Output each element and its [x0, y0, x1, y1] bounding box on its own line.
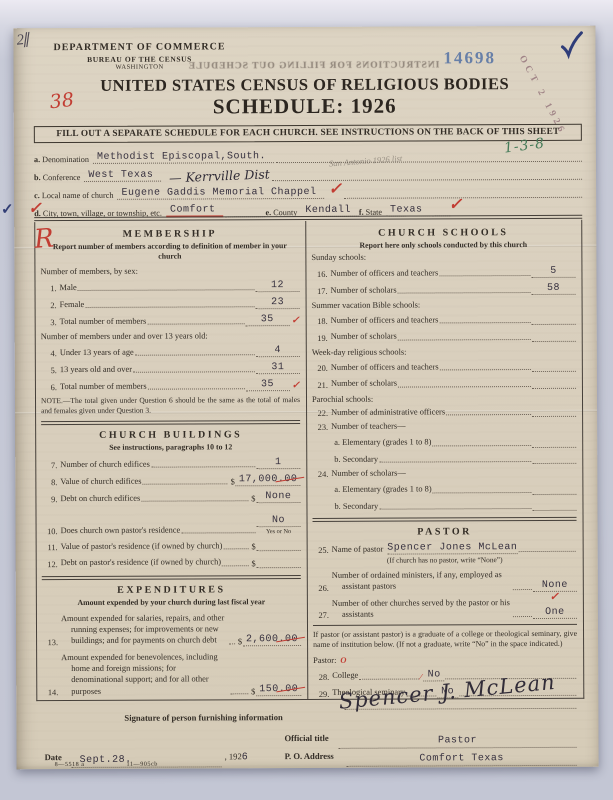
official-title-line: Pastor	[338, 729, 576, 749]
group-label: Summer vacation Bible schools:	[312, 300, 576, 310]
question-row-22: 22. Number of administrative officers	[312, 405, 576, 417]
question-value: 17,000.00	[236, 474, 301, 486]
dotted-leader	[439, 322, 530, 323]
question-row-24b: b. Secondary	[334, 499, 576, 511]
dotted-leader	[440, 369, 531, 370]
question-number: 8.	[41, 478, 57, 487]
red-checkmark-icon: ✓	[291, 315, 299, 326]
question-label: 13 years old and over	[60, 364, 132, 376]
question-number: 11.	[42, 543, 58, 552]
question-row-3: 3. Total number of members 35 ✓	[41, 314, 300, 327]
question-number: 7.	[41, 461, 57, 470]
red-circle-mark: O	[340, 655, 346, 664]
question-number: 20.	[312, 364, 328, 373]
dotted-leader	[398, 339, 531, 341]
dotted-leader	[433, 492, 532, 493]
conference-value: West Texas	[84, 170, 161, 182]
question-number: 22.	[312, 409, 328, 418]
question-number: 1.	[41, 284, 57, 293]
question-value-blank	[532, 493, 576, 494]
po-address-label: P. O. Address	[285, 751, 334, 761]
question-row-23: 23. Number of teachers—	[312, 420, 576, 432]
po-address-line: Comfort Texas	[347, 747, 577, 767]
dotted-leader	[151, 466, 255, 467]
dotted-leader	[147, 324, 244, 325]
instruction-banner: FILL OUT A SEPARATE SCHEDULE FOR EACH CH…	[34, 124, 582, 143]
struck-cents: .00	[279, 634, 299, 645]
question-label: Amount expended for benevolences, includ…	[61, 651, 229, 697]
value-with-hint: No Yes or No	[257, 515, 301, 535]
sub-question-label: a. Elementary (grades 1 to 8)	[334, 484, 431, 496]
print-code-2: 11—905cb	[127, 761, 158, 768]
question-row-12: 12. Debt on pastor's residence (if owned…	[42, 556, 301, 568]
question-number: 16.	[311, 270, 327, 279]
question-number: 27.	[313, 611, 329, 620]
question-label: Value of pastor's residence (if owned by…	[61, 540, 223, 552]
red-checkmark-icon: ✓	[328, 179, 341, 199]
question-row-5: 5. 13 years old and over 31	[41, 362, 300, 375]
question-value-blank	[257, 550, 301, 551]
schedule-year-title: SCHEDULE: 1926	[14, 93, 596, 121]
question-label: Number of scholars	[331, 284, 397, 296]
field-label: c. Local name of church	[34, 191, 113, 200]
question-value: One	[533, 607, 577, 619]
dotted-leader	[143, 483, 228, 484]
question-value-blank	[532, 510, 576, 511]
question-value-blank	[532, 324, 576, 325]
question-row-1: 1. Male 12	[40, 280, 299, 293]
dotted-leader	[518, 551, 575, 552]
question-label: Male	[59, 282, 76, 293]
question-number: 19.	[312, 334, 328, 343]
struck-cents: .00	[278, 474, 298, 485]
dollar-sign: $	[238, 637, 242, 646]
question-row-14: 14. Amount expended for benevolences, in…	[42, 651, 301, 698]
question-value: 150.00	[256, 684, 301, 696]
question-label: Name of pastor	[332, 543, 384, 555]
margin-checkmark-icon: ✓	[1, 200, 14, 219]
identification-fields: a. Denomination Methodist Episcopal,Sout…	[34, 144, 582, 218]
question-number: 23.	[312, 423, 328, 432]
question-value: None	[256, 491, 300, 503]
question-number: 18.	[312, 317, 328, 326]
question-label: Number of administrative officers	[331, 406, 445, 418]
dotted-leader	[446, 414, 531, 415]
reverse-side-bleedthrough-heading: INSTRUCTIONS FOR FILLING OUT SCHEDULE	[164, 60, 464, 71]
church-name-value: Eugene Gaddis Memorial Chappel	[117, 187, 324, 200]
review-checkmark-icon	[558, 30, 584, 60]
question-number: 25.	[313, 546, 329, 555]
dotted-leader	[141, 500, 248, 501]
question-value: 35	[246, 379, 290, 391]
question-value-blank	[532, 371, 576, 372]
question-row-4: 4. Under 13 years of age 4	[41, 345, 300, 358]
question-row-23a: a. Elementary (grades 1 to 8)	[334, 436, 576, 448]
question-number: 2.	[41, 301, 57, 310]
field-label: a. Denomination	[34, 155, 89, 164]
membership-note: NOTE.—The total given under Question 6 s…	[41, 395, 300, 416]
dotted-leader	[133, 371, 255, 373]
signature-label: Signature of person furnishing informati…	[124, 712, 282, 723]
question-row-16: 16. Number of officers and teachers 5	[311, 266, 575, 279]
question-row-26: 26. Number of ordained ministers, if any…	[313, 569, 577, 593]
dotted-leader	[85, 306, 254, 308]
question-value: 4	[256, 345, 300, 357]
print-code-1: 8—5518 a	[55, 761, 85, 768]
field-denomination-row: a. Denomination Methodist Episcopal,Sout…	[34, 144, 582, 164]
question-row-19: 19. Number of scholars	[312, 330, 576, 342]
denomination-value: Methodist Episcopal,South.	[93, 151, 274, 164]
dotted-leader	[398, 292, 531, 294]
dotted-leader	[432, 445, 531, 446]
dotted-leader	[223, 548, 248, 549]
question-label: Amount expended for salaries, repairs, a…	[61, 612, 228, 647]
corner-tally-mark: 2∥	[15, 30, 28, 50]
question-row-17: 17. Number of scholars 58	[312, 283, 576, 296]
red-checkmark-icon: ✓	[449, 194, 462, 214]
question-number: 24.	[312, 470, 328, 479]
question-label: Number of officers and teachers	[331, 315, 439, 327]
question-value: No	[257, 515, 301, 527]
group-label: Sunday schools:	[311, 252, 575, 262]
question-value-blank	[257, 567, 301, 568]
question-row-7: 7. Number of church edifices 1	[41, 457, 300, 470]
red-checkmark-icon: ✓	[28, 198, 41, 218]
red-slash-mark: ∕	[420, 672, 421, 681]
scanned-census-schedule: ✓ 2∥ DEPARTMENT OF COMMERCE BUREAU OF TH…	[0, 0, 613, 800]
question-label: Number of ordained ministers, if any, em…	[332, 569, 512, 592]
pastor-name-hint: (If church has no pastor, write “None”)	[313, 555, 577, 565]
question-label: Number of other churches served by the p…	[332, 597, 512, 620]
question-number: 5.	[41, 366, 57, 375]
po-address-value: Comfort Texas	[419, 753, 504, 764]
department-name: DEPARTMENT OF COMMERCE	[53, 41, 225, 54]
date-year-preprint: , 1926	[225, 751, 249, 763]
question-number: 21.	[312, 380, 328, 389]
question-number: 17.	[312, 287, 328, 296]
official-title-label: Official title	[284, 733, 328, 743]
question-label: Number of scholars	[331, 331, 397, 343]
struck-cents: .00	[279, 684, 299, 695]
group-label: Number of members, by sex:	[40, 266, 299, 276]
question-number: 12.	[42, 560, 58, 569]
question-row-27: 27. Number of other churches served by t…	[313, 596, 577, 620]
question-row-8: 8. Value of church edifices $ 17,000.00	[41, 474, 300, 487]
paper-sheet: 2∥ DEPARTMENT OF COMMERCE BUREAU OF THE …	[13, 26, 598, 770]
question-row-24a: a. Elementary (grades 1 to 8)	[334, 483, 576, 495]
question-row-20: 20. Number of officers and teachers	[312, 361, 576, 373]
expenditures-heading: EXPENDITURES	[42, 584, 301, 596]
question-row-11: 11. Value of pastor's residence (if owne…	[42, 540, 301, 552]
dotted-leader	[439, 275, 530, 276]
sub-question-label: b. Secondary	[334, 453, 378, 465]
schools-heading: CHURCH SCHOOLS	[311, 227, 575, 239]
question-row-6: 6. Total number of members 35 ✓	[41, 379, 300, 392]
question-label: Total number of members	[60, 316, 147, 328]
section-divider-rule	[41, 420, 300, 425]
dollar-sign: $	[252, 559, 256, 568]
question-row-10: 10. Does church own pastor's residence N…	[42, 515, 301, 536]
question-label: Number of scholars	[331, 378, 397, 390]
question-value-blank	[532, 341, 576, 342]
form-print-codes: 8—5518 a11—905cb	[55, 760, 200, 768]
dotted-leader	[135, 354, 255, 356]
dotted-leader	[513, 616, 532, 617]
question-value: 31	[256, 362, 300, 374]
question-value-blank	[532, 463, 576, 464]
question-number: 14.	[42, 688, 58, 697]
dotted-leader	[513, 589, 532, 590]
question-number: 9.	[41, 495, 57, 504]
question-value: 58	[532, 283, 576, 295]
dotted-leader	[222, 565, 248, 566]
question-value: 2,600.00	[243, 634, 301, 646]
question-number: 4.	[41, 349, 57, 358]
question-number: 10.	[42, 527, 58, 536]
question-number: 13.	[42, 638, 58, 647]
question-value: 1	[256, 457, 300, 469]
question-row-25: 25. Name of pastor Spencer Jones McLean	[313, 542, 577, 555]
official-title-value: Pastor	[438, 735, 477, 746]
schools-subheading: Report here only schools conducted by th…	[311, 240, 575, 251]
question-value: 23	[256, 297, 300, 309]
question-row-24: 24. Number of scholars—	[312, 467, 576, 479]
dollar-sign: $	[251, 687, 255, 696]
question-label: Number of officers and teachers	[331, 361, 439, 373]
question-label: Value of church edifices	[60, 475, 141, 487]
question-row-23b: b. Secondary	[334, 452, 576, 464]
question-number: 3.	[41, 318, 57, 327]
dotted-leader	[379, 508, 531, 510]
right-column: CHURCH SCHOOLS Report here only schools …	[305, 220, 583, 699]
pastor-sublabel: Pastor:O	[313, 654, 577, 664]
dollar-sign: $	[251, 542, 255, 551]
question-label: Number of church edifices	[60, 458, 150, 470]
dotted-leader	[181, 532, 255, 533]
question-value-blank	[532, 387, 576, 388]
field-conference-row: b. Conference West Texas — Kerrville Dis…	[34, 162, 582, 182]
red-checkmark-icon: ✓	[292, 380, 300, 391]
membership-subheading: Report number of members according to de…	[40, 241, 299, 262]
question-label: Number of teachers—	[331, 420, 405, 432]
field-church-name-row: c. Local name of church Eugene Gaddis Me…	[34, 180, 582, 200]
buildings-heading: CHURCH BUILDINGS	[41, 429, 300, 441]
question-row-18: 18. Number of officers and teachers	[312, 314, 576, 326]
question-label: Total number of members	[60, 381, 147, 393]
question-label: Number of officers and teachers	[330, 267, 438, 279]
question-number: 29.	[313, 689, 329, 698]
form-body: MEMBERSHIP Report number of members acco…	[34, 220, 584, 701]
question-number: 26.	[313, 583, 329, 592]
field-label: b. Conference	[34, 173, 80, 182]
question-row-2: 2. Female 23	[41, 297, 300, 310]
sub-question-label: a. Elementary (grades 1 to 8)	[334, 437, 431, 449]
question-value-blank	[532, 416, 576, 417]
question-label: College	[332, 670, 358, 681]
question-row-13: 13. Amount expended for salaries, repair…	[42, 612, 301, 647]
question-row-9: 9. Debt on church edifices $ None	[41, 491, 300, 504]
pastor-heading: PASTOR	[313, 526, 577, 538]
red-letter-annotation: R	[33, 223, 55, 254]
question-row-21: 21. Number of scholars	[312, 377, 576, 389]
question-label: Female	[60, 299, 85, 310]
group-label: Week-day religious schools:	[312, 347, 576, 357]
dotted-leader	[229, 643, 235, 644]
dotted-leader	[359, 678, 419, 679]
dotted-leader	[379, 461, 531, 463]
left-column: MEMBERSHIP Report number of members acco…	[35, 221, 307, 700]
section-divider-rule	[42, 575, 301, 580]
sub-question-label: b. Secondary	[334, 500, 378, 512]
question-number: 28.	[313, 672, 329, 681]
question-number: 6.	[41, 383, 57, 392]
red-checkmark-icon: ✓	[550, 589, 559, 602]
dotted-leader	[398, 386, 531, 388]
dotted-leader	[230, 693, 248, 694]
dollar-sign: $	[251, 494, 255, 503]
question-label: Under 13 years of age	[60, 347, 134, 359]
date-year-typed: 6	[242, 752, 249, 763]
question-value-blank	[532, 446, 576, 447]
buildings-subheading: See instructions, paragraphs 10 to 12	[41, 442, 300, 453]
question-label: Debt on pastor's residence (if owned by …	[61, 557, 221, 569]
expenditures-subheading: Amount expended by your church during la…	[42, 597, 301, 608]
question-label: Debt on church edifices	[60, 492, 140, 504]
question-value: 5	[531, 266, 575, 278]
question-label: Number of scholars—	[331, 467, 405, 479]
group-label: Parochial schools:	[312, 393, 576, 403]
dotted-leader	[148, 389, 245, 390]
section-divider-rule	[313, 517, 577, 522]
yes-no-hint: Yes or No	[266, 528, 291, 535]
question-value: 35	[245, 314, 289, 326]
question-label: Does church own pastor's residence	[61, 524, 181, 536]
dotted-leader	[78, 289, 255, 291]
question-value: 12	[255, 280, 299, 292]
membership-heading: MEMBERSHIP	[40, 228, 299, 240]
pastor-name-value: Spencer Jones McLean	[387, 542, 517, 555]
dollar-sign: $	[231, 477, 235, 486]
graduate-instruction-note: If pastor (or assistant pastor) is a gra…	[313, 624, 577, 650]
group-label: Number of members under and over 13 year…	[41, 331, 300, 341]
